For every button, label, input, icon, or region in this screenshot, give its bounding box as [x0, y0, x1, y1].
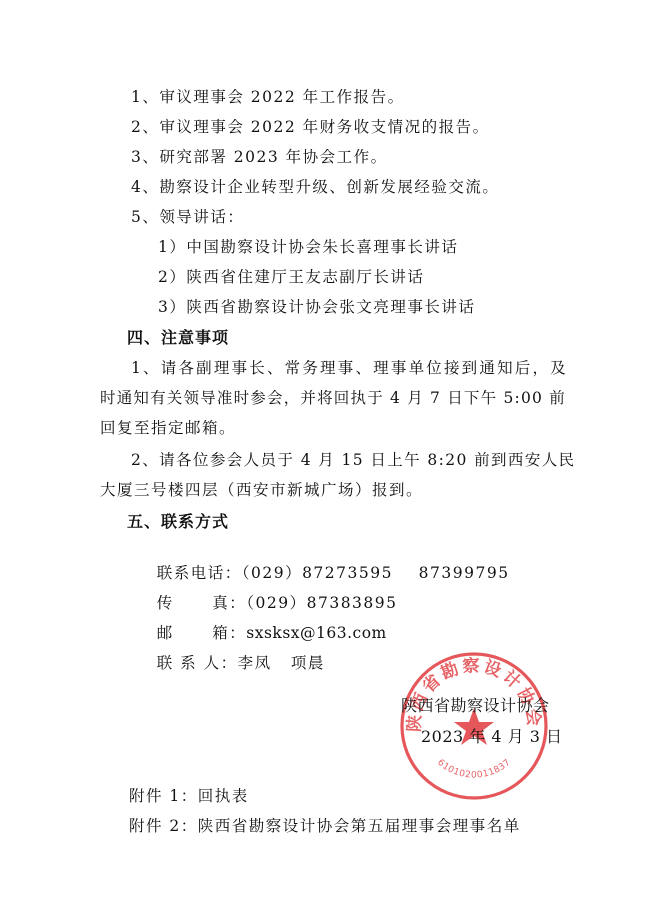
- attachment-2: 附件 2：陕西省勘察设计协会第五届理事会理事名单: [129, 816, 521, 836]
- contact-heading: 五、联系方式: [127, 512, 229, 532]
- notes-item-1-line-3: 回复至指定邮箱。: [100, 418, 236, 438]
- notes-item-2-line-2: 大厦三号楼四层（西安市新城广场）报到。: [100, 480, 423, 500]
- signature-organization: 陕西省勘察设计协会: [401, 693, 550, 716]
- notes-item-1-line-1: 1、请各副理事长、常务理事、理事单位接到通知后，及: [131, 358, 568, 378]
- speech-item-1: 1）中国勘察设计协会朱长喜理事长讲话: [158, 237, 458, 257]
- agenda-item-1: 1、审议理事会 2022 年工作报告。: [131, 87, 405, 107]
- speech-item-3: 3）陕西省勘察设计协会张文亮理事长讲话: [158, 297, 475, 317]
- speech-item-2: 2）陕西省住建厅王友志副厅长讲话: [158, 267, 424, 287]
- agenda-item-5: 5、领导讲话：: [131, 207, 244, 227]
- person-label: 联 系 人：: [157, 654, 238, 672]
- contact-person: 联 系 人：李凤 项晨: [131, 633, 325, 693]
- agenda-item-4: 4、勘察设计企业转型升级、创新发展经验交流。: [131, 177, 499, 197]
- notes-item-1-line-2: 时通知有关领导准时参会，并将回执于 4 月 7 日下午 5:00 前: [100, 388, 566, 408]
- notes-heading: 四、注意事项: [127, 328, 229, 348]
- attachment-1: 附件 1：回执表: [129, 786, 249, 806]
- signature-date: 2023 年 4 月 3 日: [421, 724, 563, 747]
- person-value: 李凤 项晨: [238, 654, 325, 672]
- agenda-item-3: 3、研究部署 2023 年协会工作。: [131, 147, 388, 167]
- svg-text:6101020011837: 6101020011837: [435, 758, 513, 781]
- notes-item-2-line-1: 2、请各位参会人员于 4 月 15 日上午 8:20 前到西安人民: [131, 450, 576, 470]
- agenda-item-2: 2、审议理事会 2022 年财务收支情况的报告。: [131, 117, 490, 137]
